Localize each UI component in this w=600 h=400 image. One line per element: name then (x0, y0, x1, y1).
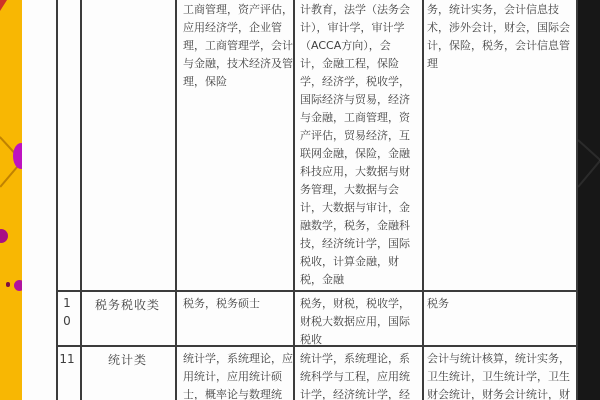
cell-row0-majors-vocational: 务，统计实务，会计信息技术，涉外会计，财会，国际会计，保险，税务，会计信息管理 (427, 1, 573, 73)
cell-row0-majors-graduate: 工商管理，资产评估，应用经济学，企业管理，工商管理学，会计与金融，技术经济及管理… (183, 1, 293, 91)
cell-row11-majors-vocational: 会计与统计核算，统计实务，卫生统计，卫生统计学，卫生财会统计，财务会计统计，财 (427, 350, 573, 400)
magenta-dot-decoration (14, 280, 22, 291)
red-triangle-decoration (0, 0, 7, 11)
table-border-vertical (80, 0, 82, 400)
dark-chevron-decoration (578, 160, 600, 188)
table-border-vertical (56, 0, 58, 400)
cell-row10-majors-vocational: 税务 (427, 295, 573, 313)
cell-row11-majors-undergraduate: 统计学，系统理论，系统科学与工程，应用统计学，经济统计学，经 (300, 350, 412, 400)
magenta-blob-decoration (13, 143, 22, 169)
right-decor-strip (578, 0, 600, 400)
cell-row10-category: 税务税收类 (81, 296, 174, 314)
magenta-dot-decoration (6, 282, 11, 287)
table-border-horizontal (56, 290, 577, 292)
table-border-vertical (175, 0, 177, 400)
cell-row11-number: 11 (56, 350, 78, 368)
cell-row10-majors-graduate: 税务，税务硕士 (183, 295, 293, 313)
cell-row10-number: 1 0 (56, 294, 78, 330)
cell-row0-majors-undergraduate: 计教育，法学（法务会计），审计学，审计学（ACCA方向），会计，金融工程，保险学… (300, 1, 412, 289)
cell-row11-category: 统计类 (81, 351, 174, 369)
page: 工商管理，资产评估，应用经济学，企业管理，工商管理学，会计与金融，技术经济及管理… (0, 0, 600, 400)
left-decor-strip (0, 0, 22, 400)
cell-row10-majors-undergraduate: 税务，财税，税收学，财税大数据应用，国际税收 (300, 295, 412, 349)
dark-chevron-decoration (578, 139, 600, 161)
table-border-vertical (293, 0, 295, 400)
table-border-vertical (422, 0, 424, 400)
cell-row11-majors-graduate: 统计学，系统理论，应用统计，应用统计硕士，概率论与数理统 (183, 350, 293, 400)
magenta-dot-decoration (0, 229, 8, 243)
